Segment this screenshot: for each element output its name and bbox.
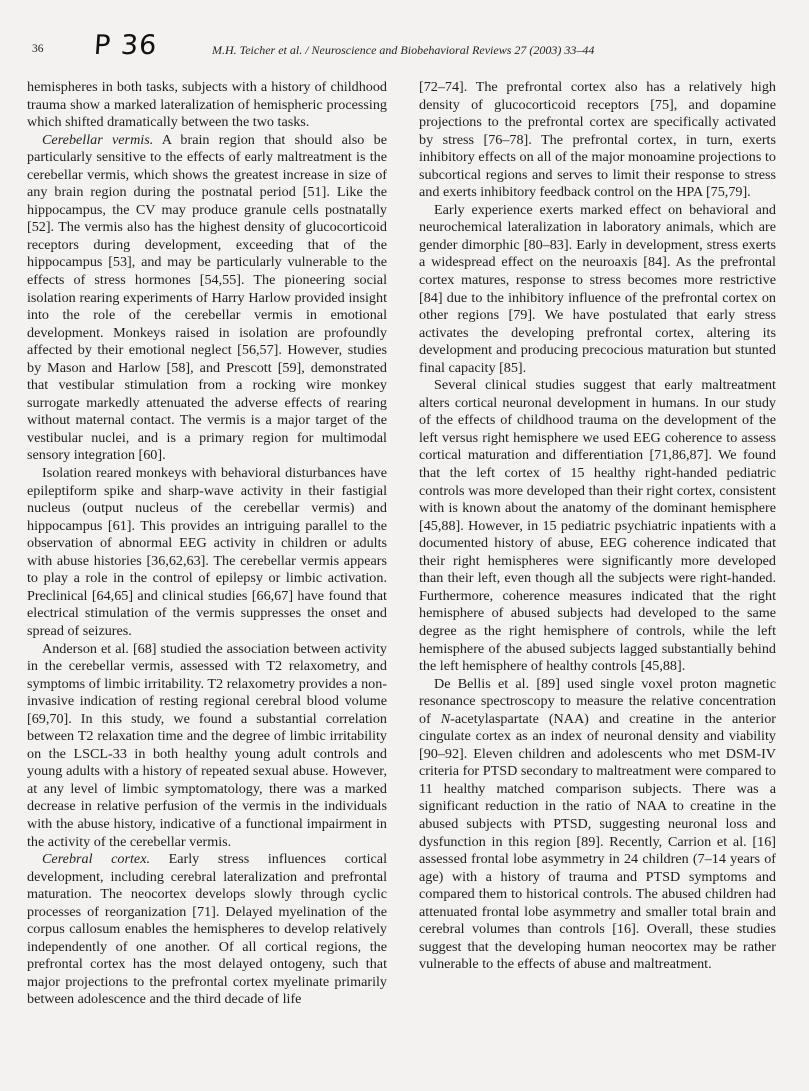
italic-term: N: [441, 711, 450, 727]
running-head: M.H. Teicher et al. / Neuroscience and B…: [212, 43, 594, 58]
paragraph: hemispheres in both tasks, subjects with…: [27, 79, 387, 132]
paragraph-text: -acetylaspartate (NAA) and creatine in t…: [419, 711, 776, 973]
paragraph: De Bellis et al. [89] used single voxel …: [419, 676, 776, 974]
paragraph-cerebral-cortex: Cerebral cortex. Early stress influences…: [27, 851, 387, 1009]
handwritten-annotation: P 36: [93, 30, 158, 61]
page-header: 36 P 36 M.H. Teicher et al. / Neuroscien…: [0, 28, 809, 68]
paragraph: Several clinical studies suggest that ea…: [419, 377, 776, 675]
right-column: [72–74]. The prefrontal cortex also has …: [419, 79, 776, 974]
left-column: hemispheres in both tasks, subjects with…: [27, 79, 387, 1009]
paragraph-cerebellar-vermis: Cerebellar vermis. A brain region that s…: [27, 132, 387, 465]
section-heading: Cerebral cortex.: [42, 851, 150, 867]
paragraph: Early experience exerts marked effect on…: [419, 202, 776, 377]
paragraph: Isolation reared monkeys with behavioral…: [27, 465, 387, 640]
paragraph: [72–74]. The prefrontal cortex also has …: [419, 79, 776, 202]
paragraph-text: Early stress influences cortical develop…: [27, 851, 387, 1007]
paragraph: Anderson et al. [68] studied the associa…: [27, 641, 387, 852]
section-heading: Cerebellar vermis.: [42, 132, 153, 148]
page-number: 36: [32, 43, 44, 55]
paragraph-text: A brain region that should also be parti…: [27, 132, 387, 464]
